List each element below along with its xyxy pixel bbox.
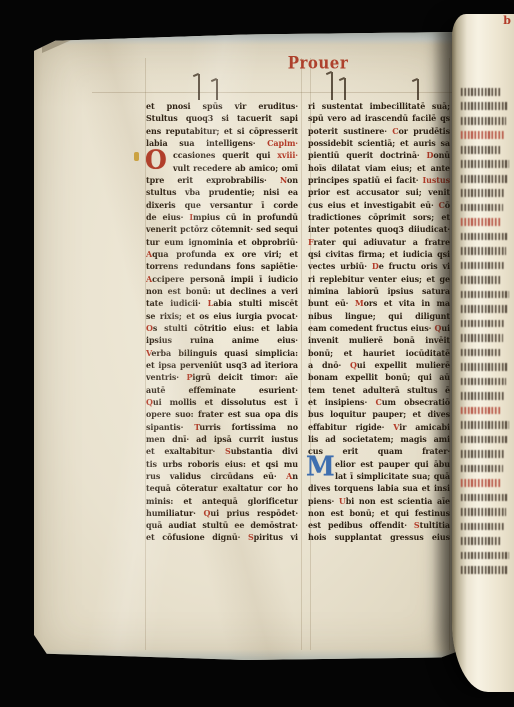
body-text: nimina labiorū ipsius satura	[308, 286, 450, 296]
body-text: nibus lingue; qui diligunt	[308, 310, 450, 320]
body-text: poterit sustinere·	[308, 125, 392, 135]
body-text: ui	[441, 323, 450, 333]
body-text: opere suo: frater est sua opa dis	[146, 409, 298, 419]
body-text: quā audiat stultū ee demōstrat·	[146, 520, 298, 530]
body-text: igrū deicit timor: aīe	[192, 372, 298, 382]
body-text: dives torquens labia sua et insi	[308, 483, 450, 493]
body-text: ccasiones querit qui	[173, 150, 277, 160]
rubric-text: D	[372, 261, 379, 271]
adjacent-text-line	[461, 349, 501, 357]
body-text: ventris·	[146, 372, 186, 382]
body-text: n	[292, 471, 298, 481]
adjacent-text-line	[461, 320, 505, 328]
chapter-initial-o: O	[145, 146, 167, 172]
body-text: et pnosi spūs vir eruditus·	[146, 101, 298, 111]
body-text: et ipsa perveniūt usq3 ad īteriora	[146, 360, 298, 370]
text-line: tradictiones cōprimit sors; et	[308, 211, 450, 224]
adjacent-text-line	[461, 247, 506, 255]
body-text: non est bonū: ut declines a veri	[146, 286, 298, 296]
adjacent-text-line	[461, 204, 503, 212]
rubric-text: Iustus	[423, 175, 450, 185]
adjacent-text-line	[461, 537, 502, 545]
text-line: ventris· Pigrū deicit timor: aīe	[146, 371, 298, 384]
adjacent-text-line	[461, 276, 502, 284]
body-text: e fructu oris vi	[379, 261, 450, 271]
ascender-flourish	[331, 72, 333, 100]
text-line: rus validus circūdans eū· An	[146, 470, 298, 483]
text-line: labia sua intelligens· Caplm·	[146, 137, 298, 150]
body-text: non est bonū; et qui festinus	[308, 508, 450, 518]
body-text: autē effeminate esurient·	[146, 384, 298, 394]
body-text: invenit mulierē bonā invēit	[308, 335, 450, 345]
adjacent-text-line	[461, 88, 501, 96]
body-text: urris fortissima no	[199, 421, 298, 431]
text-line: effabitur rigide· Vir amicabi	[308, 420, 450, 433]
text-line: nibus lingue; qui diligunt	[308, 309, 450, 322]
body-text: lis ad societatem; magis ami	[308, 434, 450, 444]
adjacent-text-line	[461, 566, 507, 574]
running-title: Prouer	[272, 53, 364, 73]
body-text: or prudētis	[399, 125, 450, 135]
adjacent-text-line	[461, 552, 509, 560]
text-line: se rixis; et os eius iurgia pvocat·	[146, 309, 298, 322]
body-text: s stulti cōtritio eius: et labia	[153, 323, 298, 333]
text-line: hoīs dilatat viam eius; et ante	[308, 161, 450, 174]
text-line: tequā cōteratur exaltatur cor ho	[146, 482, 298, 495]
body-text: vectes urbiū·	[308, 261, 372, 271]
body-text: ri replebitur venter eius; et ge	[308, 273, 450, 283]
text-line: Qui mollis et dissolutus est ī	[146, 396, 298, 409]
body-text: hois supplantat gressus eius	[308, 532, 450, 542]
text-line: non est bonū: ut declines a veri	[146, 285, 298, 298]
body-text: eam comedent fructus eius·	[308, 323, 434, 333]
gold-fleck	[134, 152, 139, 161]
body-text: ui prius respōdet·	[210, 508, 298, 518]
text-line: humiliatur· Qui prius respōdet·	[146, 507, 298, 520]
rubric-text: M	[355, 298, 364, 308]
ascender-flourish	[417, 79, 419, 100]
adjacent-text-line	[461, 407, 502, 415]
body-text: lat ī simplicitate sua; quā	[335, 471, 450, 481]
body-text: tradictiones cōprimit sors; et	[308, 212, 450, 222]
text-line: bus loquitur pauper; et dives	[308, 408, 450, 421]
body-text: tequā cōteratur exaltatur cor ho	[146, 483, 298, 493]
text-line: bunt eū· Mors et vita in ma	[308, 297, 450, 310]
text-line: ri sustentat imbecillitatē suā;	[308, 100, 450, 113]
body-text: tem tenet adulterā stultus ē	[308, 384, 450, 394]
body-text: hoīs dilatat viam eius; et ante	[308, 162, 450, 172]
body-text: tis urbs roboris eius: et qsi mu	[146, 458, 298, 468]
adjacent-text-line	[461, 291, 509, 299]
chapter-initial-m: M	[306, 453, 335, 480]
body-text: ccipere personā impii ī iudicio	[152, 273, 298, 283]
body-text: et insipiens·	[308, 397, 375, 407]
rubric-text: O	[146, 323, 153, 333]
body-text: se rixis; et os eius iurgia pvocat·	[146, 310, 298, 320]
rubric-text: xviii·	[277, 150, 298, 160]
body-text: ui expellit mulierē	[357, 360, 450, 370]
rubric-text: U	[339, 495, 346, 505]
text-line: lis ad societatem; magis ami	[308, 433, 450, 446]
body-text: ir amicabi	[399, 421, 450, 431]
text-line: Accipere personā impii ī iudicio	[146, 272, 298, 285]
text-line: vult recedere ab amico; omī	[146, 161, 298, 174]
body-text: qua profunda ex ore viri; et	[152, 249, 298, 259]
photo-backdrop: { "title_header": "Prouer", "colors": { …	[0, 0, 514, 707]
text-line: bonam expellit bonū; qui aū	[308, 371, 450, 384]
text-line: et pnosi spūs vir eruditus·	[146, 100, 298, 113]
text-line: dixeris que versantur ī corde	[146, 198, 298, 211]
body-text: tate iudicii·	[146, 298, 208, 308]
adjacent-text-line	[461, 378, 506, 386]
body-text: piritus vi	[254, 532, 298, 542]
text-line: eam comedent fructus eius· Qui	[308, 322, 450, 335]
body-text: dixeris que versantur ī corde	[146, 199, 298, 209]
adjacent-text-line	[461, 392, 504, 400]
body-text: est pedibus offendit·	[308, 520, 414, 530]
adjacent-page-text	[461, 88, 509, 580]
adjacent-text-line	[461, 436, 507, 444]
text-line: Frater qui adiuvatur a fratre	[308, 235, 450, 248]
body-text: piens·	[308, 495, 339, 505]
body-text: bi non est scientia aīe	[346, 495, 450, 505]
adjacent-text-line	[461, 160, 509, 168]
body-text: ens reputabitur; et si cōpresserit	[146, 125, 298, 135]
body-text: ui mollis et dissolutus est ī	[153, 397, 298, 407]
body-text: onū	[433, 150, 450, 160]
adjacent-text-line	[461, 305, 507, 313]
body-text: ubstantia divi	[231, 446, 298, 456]
adjacent-text-line	[461, 363, 508, 371]
text-line: et insipiens· Cum obsecratiō	[308, 396, 450, 409]
adjacent-text-line	[461, 175, 507, 183]
body-text: spū vero ad irascendū facilē qs	[308, 113, 450, 123]
text-line: vectes urbiū· De fructu oris vi	[308, 260, 450, 273]
adjacent-text-line	[461, 218, 501, 226]
text-line: piens· Ubi non est scientia aīe	[308, 494, 450, 507]
body-text: de eius·	[146, 212, 189, 222]
text-line: Aqua profunda ex ore viri; et	[146, 248, 298, 261]
text-line: tem tenet adulterā stultus ē	[308, 383, 450, 396]
adjacent-text-line	[461, 131, 504, 139]
body-text: torrens redundans fons sapiētie·	[146, 261, 298, 271]
adjacent-text-line	[461, 146, 502, 154]
body-text: abia stulti miscēt	[213, 298, 298, 308]
adjacent-text-line	[461, 262, 504, 270]
text-line: prior est accusator sui; venit ami	[308, 186, 450, 199]
text-line: venerit pctōrz cōtemnit· sed sequi	[146, 223, 298, 236]
ascender-flourish	[198, 74, 200, 100]
text-line: autē effeminate esurient·	[146, 383, 298, 396]
text-line: Os stulti cōtritio eius: et labia	[146, 322, 298, 335]
adjacent-text-line	[461, 421, 509, 429]
text-line: invenit mulierē bonā invēit	[308, 334, 450, 347]
text-line: qsi civitas firma; et iudicia qsi	[308, 248, 450, 261]
body-text: bonū; et hauriet iocūditatē	[308, 347, 450, 357]
body-text: men dnī· ad ipsā currit iustus	[146, 434, 298, 444]
text-line: principes spatiū ei facit· Iustus	[308, 174, 450, 187]
text-line: possidebit scientiā; et auris sa	[308, 137, 450, 150]
body-text: ors et vita in ma	[364, 298, 450, 308]
adjacent-page: b	[452, 14, 514, 692]
adjacent-text-line	[461, 479, 501, 487]
text-line: tis urbs roboris eius: et qsi mu	[146, 457, 298, 470]
text-line: ipsius ruina anime eius·	[146, 334, 298, 347]
text-line: de eius· Impius cū in profundū	[146, 211, 298, 224]
text-line: torrens redundans fons sapiētie·	[146, 260, 298, 273]
body-text: prior est accusator sui; venit ami	[308, 187, 450, 199]
body-text: pientiū querit doctrinā·	[308, 150, 426, 160]
adjacent-text-line	[461, 465, 503, 473]
manuscript-page: Prouer et pnosi spūs vir eruditus·Stultu…	[34, 32, 458, 660]
text-line: tate iudicii· Labia stulti miscēt	[146, 297, 298, 310]
body-text: humiliatur·	[146, 508, 203, 518]
text-line: ccasiones querit qui xviii·	[146, 149, 298, 162]
text-line: tur eum ignominia et obprobriū·	[146, 235, 298, 248]
body-text: a dnō·	[308, 360, 350, 370]
body-text: ō	[445, 199, 450, 209]
body-text: inter potentes quoq3 diiudicat·	[308, 224, 450, 234]
text-line: nimina labiorū ipsius satura	[308, 285, 450, 298]
page-edge-top	[34, 32, 458, 45]
adjacent-text-line	[461, 494, 508, 502]
adjacent-text-line	[461, 334, 503, 342]
adjacent-text-line	[461, 233, 508, 241]
ruling-line-horizontal	[92, 92, 452, 93]
rubric-text: Q	[350, 360, 357, 370]
body-text: effabitur rigide·	[308, 421, 393, 431]
corner-fold	[42, 38, 76, 53]
text-line: dives torquens labia sua et insi	[308, 482, 450, 495]
text-column-left: et pnosi spūs vir eruditus·Stultus quoq3…	[146, 100, 298, 544]
body-text: qsi civitas firma; et iudicia qsi	[308, 249, 450, 259]
adjacent-text-line	[461, 117, 506, 125]
body-text: stultus vba prudentie; nisi ea	[146, 187, 298, 197]
adjacent-text-line	[461, 189, 505, 197]
rubric-text: N	[280, 175, 287, 185]
ascender-flourish	[344, 78, 346, 100]
ruling-line-vertical-2	[301, 58, 302, 650]
adjacent-text-line	[461, 523, 504, 531]
body-text: Stultus quoq3 si tacuerit sapi	[146, 113, 298, 123]
text-line: et cōfusione dignū· Spiritus vi	[146, 531, 298, 544]
body-text: rater qui adiuvatur a fratre	[313, 236, 450, 246]
body-text: minis: et antequā glorificetur	[146, 495, 298, 505]
text-line: non est bonū; et qui festinus	[308, 507, 450, 520]
body-text: et cōfusione dignū·	[146, 532, 248, 542]
text-line: bonū; et hauriet iocūditatē	[308, 346, 450, 359]
body-text: bunt eū·	[308, 298, 355, 308]
page-edge-bottom	[34, 649, 458, 660]
body-text: tur eum ignominia et obprobriū·	[146, 236, 298, 246]
body-text: bus loquitur pauper; et dives	[308, 409, 450, 419]
text-line: minis: et antequā glorificetur	[146, 494, 298, 507]
text-line: inter potentes quoq3 diiudicat·	[308, 223, 450, 236]
text-line: poterit sustinere· Cor prudētis	[308, 124, 450, 137]
text-line: et ipsa perveniūt usq3 ad īteriora	[146, 359, 298, 372]
text-line: Stultus quoq3 si tacuerit sapi	[146, 112, 298, 125]
text-line: cus eius et investigabit eū· Cō	[308, 198, 450, 211]
text-line: spū vero ad irascendū facilē qs	[308, 112, 450, 125]
body-text: ipsius ruina anime eius·	[146, 335, 298, 345]
body-text: mpius cū in profundū	[193, 212, 298, 222]
body-text: rus validus circūdans eū·	[146, 471, 286, 481]
adjacent-page-header-fragment: b	[503, 14, 511, 27]
text-line: Verba bilinguis quasi simplicia:	[146, 346, 298, 359]
text-line: et exaltabitur· Substantia divi	[146, 445, 298, 458]
body-text: tpre erit exprobrabilis·	[146, 175, 280, 185]
text-line: hois supplantat gressus eius	[308, 531, 450, 544]
text-line: stultus vba prudentie; nisi ea	[146, 186, 298, 199]
body-text: principes spatiū ei facit·	[308, 175, 423, 185]
text-line: ri replebitur venter eius; et ge	[308, 272, 450, 285]
body-text: venerit pctōrz cōtemnit· sed sequi	[146, 224, 298, 234]
text-line: pientiū querit doctrinā· Donū	[308, 149, 450, 162]
rubric-text: Caplm·	[267, 138, 298, 148]
body-text: vult recedere ab amico; omī	[173, 162, 298, 172]
body-text: erba bilinguis quasi simplicia:	[151, 347, 298, 357]
body-text: cus eius et investigabit eū·	[308, 199, 438, 209]
body-text: bonam expellit bonū; qui aū	[308, 372, 450, 382]
adjacent-text-line	[461, 450, 505, 458]
body-text: um obsecratiō	[382, 397, 450, 407]
text-line: sipantis· Turris fortissima no	[146, 420, 298, 433]
body-text: possidebit scientiā; et auris sa	[308, 138, 450, 148]
text-line: men dnī· ad ipsā currit iustus	[146, 433, 298, 446]
adjacent-text-line	[461, 102, 508, 110]
text-line: a dnō· Qui expellit mulierē	[308, 359, 450, 372]
text-line: opere suo: frater est sua opa dis	[146, 408, 298, 421]
text-line: tpre erit exprobrabilis· Non recipit	[146, 174, 298, 187]
rubric-text: Q	[146, 397, 153, 407]
ascender-flourish	[216, 79, 218, 100]
adjacent-text-line	[461, 508, 506, 516]
body-text: sipantis·	[146, 421, 194, 431]
body-text: et exaltabitur·	[146, 446, 225, 456]
text-line: ens reputabitur; et si cōpresserit	[146, 124, 298, 137]
body-text: tultitia	[420, 520, 450, 530]
body-text: ri sustentat imbecillitatē suā;	[308, 101, 450, 111]
body-text: elior est pauper qui ābu	[335, 458, 450, 468]
